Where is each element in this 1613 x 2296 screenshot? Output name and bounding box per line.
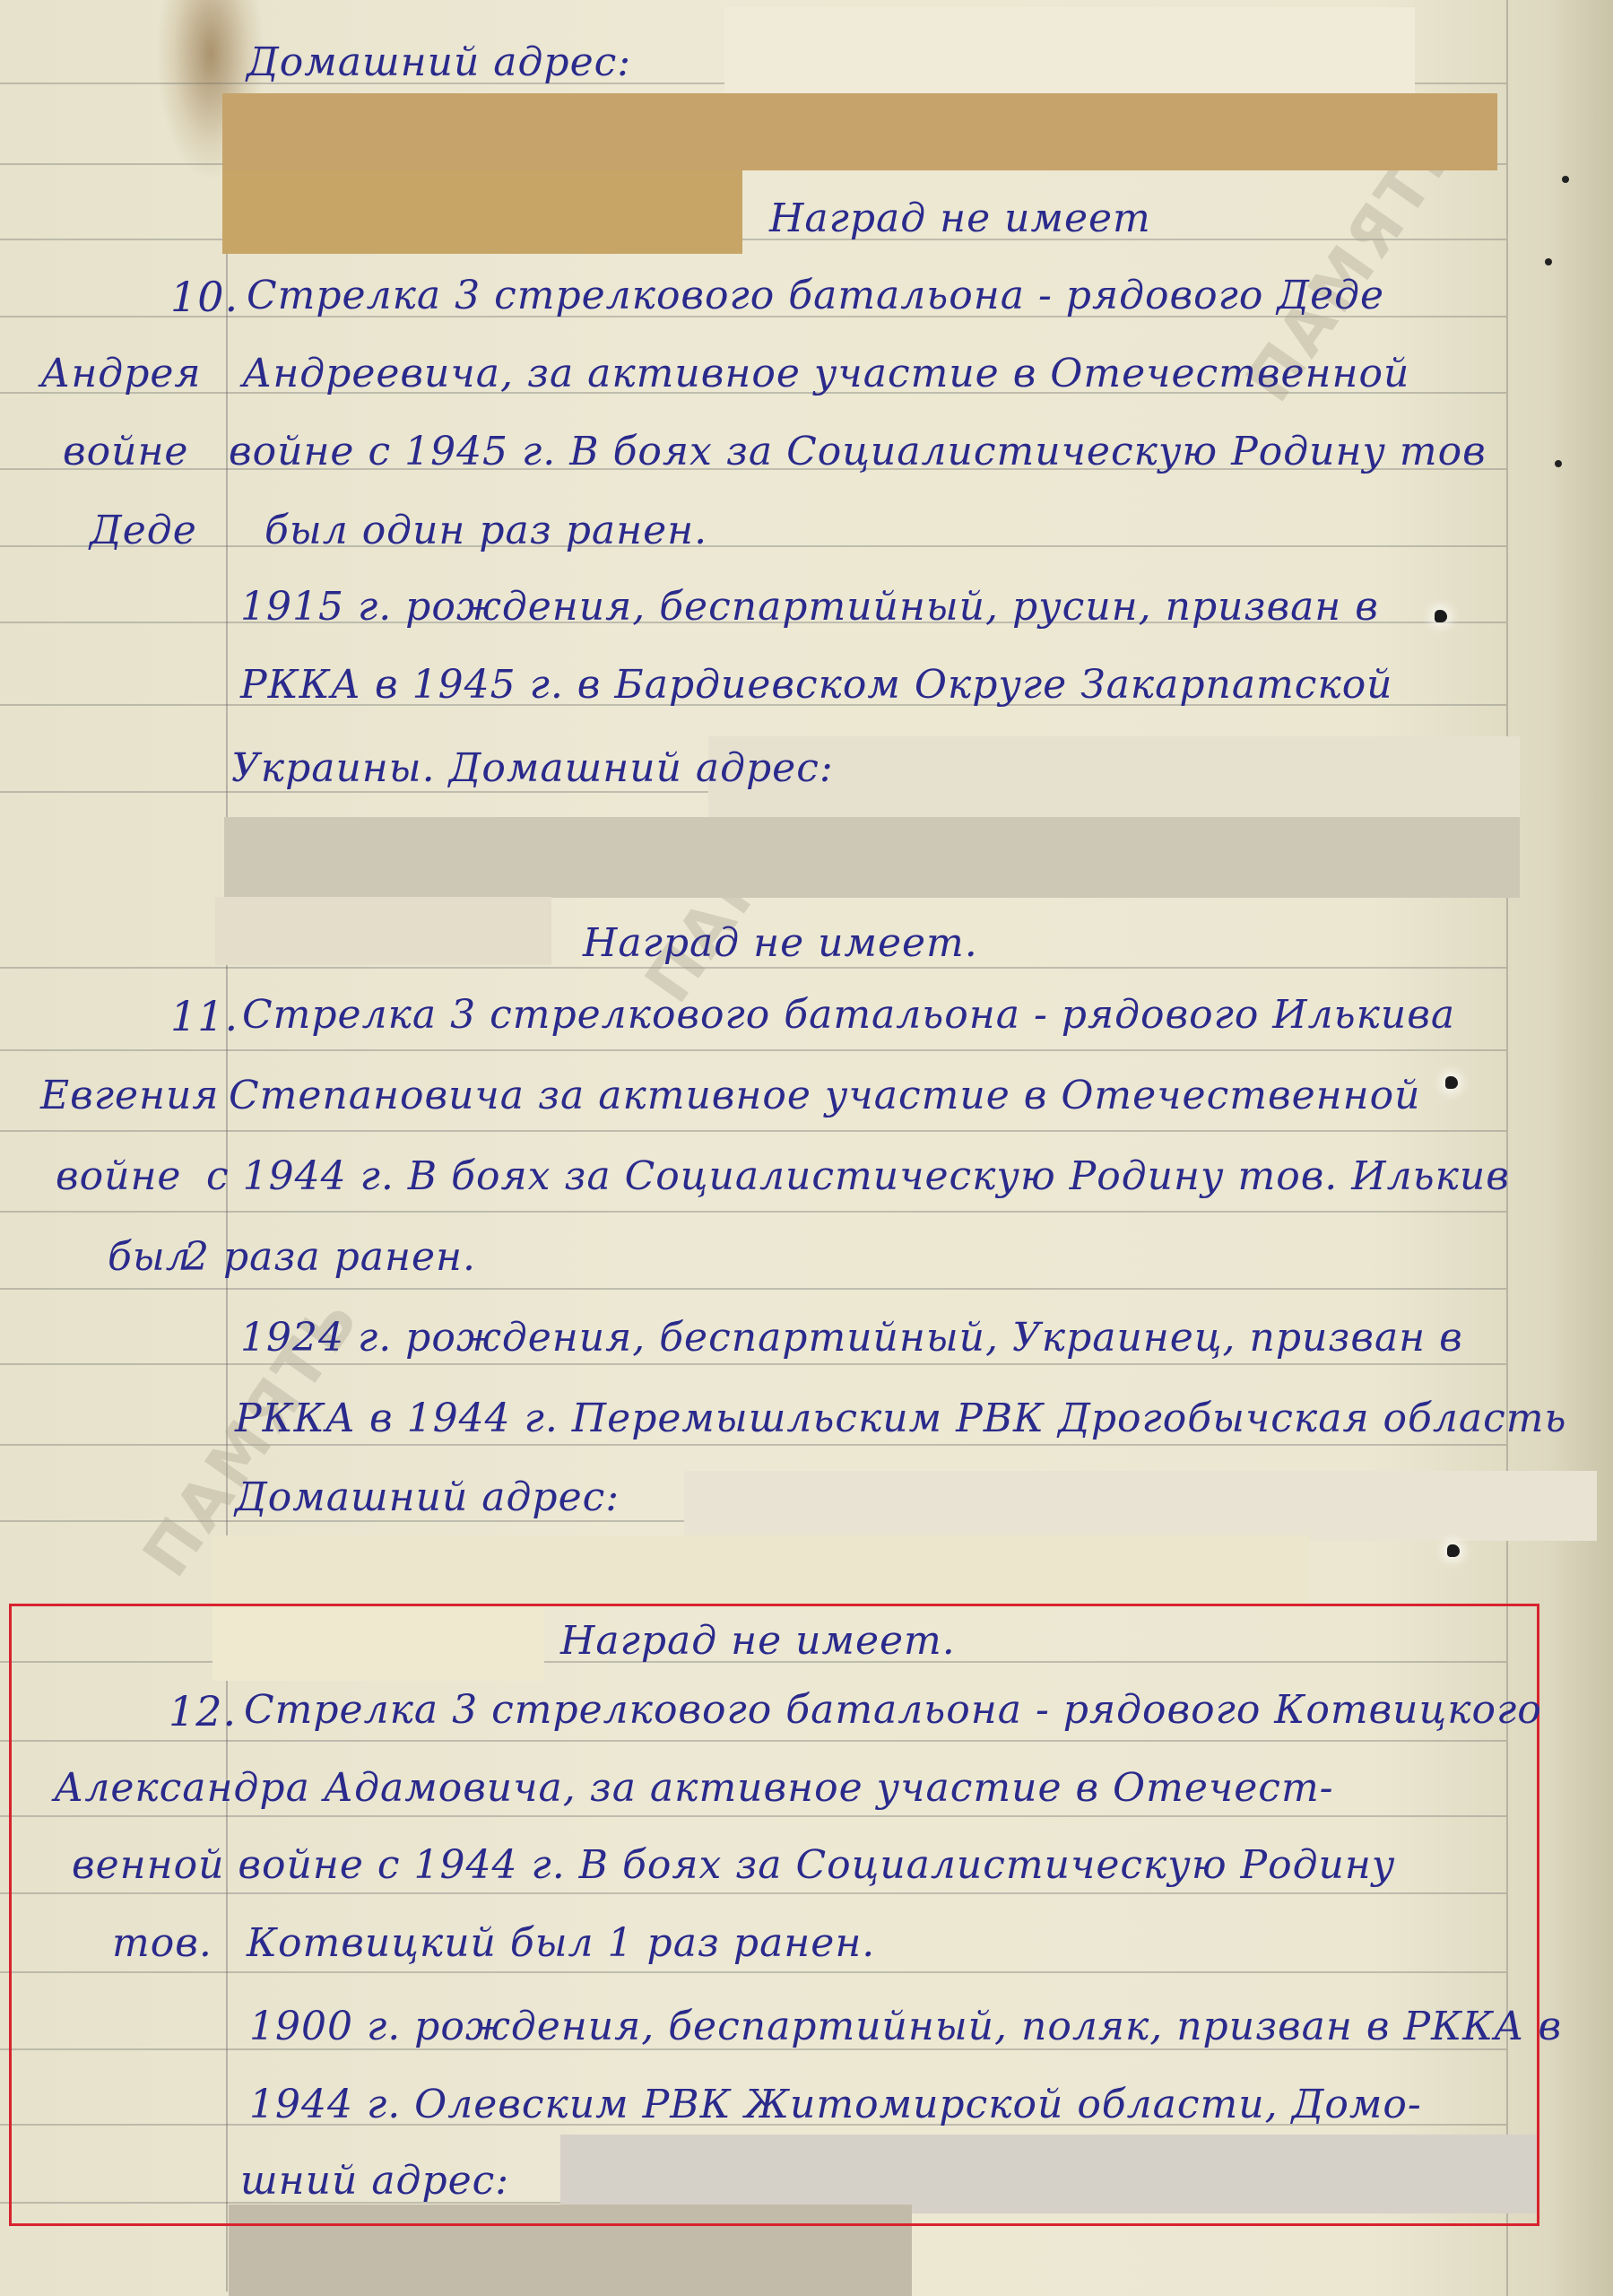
bio-line: РККА в 1945 г. в Бардиевском Округе Зака… <box>240 665 1393 705</box>
bio-line: шний адрес: <box>240 2161 509 2201</box>
entry-line: с 1944 г. В боях за Социалистическую Род… <box>206 1157 1510 1196</box>
bio-line: 1915 г. рождения, беспартийный, русин, п… <box>240 587 1379 627</box>
entry-line: войне с 1945 г. В боях за Социалистическ… <box>229 432 1487 472</box>
entry-line: Степановича за активное участие в Отечес… <box>229 1076 1420 1116</box>
entry-line: Стрелка 3 стрелкового батальона - рядово… <box>247 276 1384 316</box>
entry-line: был один раз ранен. <box>264 511 707 551</box>
award-note: Наград не имеет <box>769 199 1151 239</box>
paper-hole <box>1435 610 1447 622</box>
entry-line: 2 раза ранен. <box>184 1238 476 1277</box>
redaction-block <box>212 1535 1310 1607</box>
redaction-block <box>684 1471 1597 1541</box>
award-note: Наград не имеет. <box>560 1622 956 1661</box>
paper-hole <box>1445 1076 1458 1089</box>
redaction-block <box>215 897 551 965</box>
margin-word: Андрея <box>40 354 202 394</box>
bio-line: Украины. Домашний адрес: <box>231 749 834 788</box>
entry-number: 11. <box>170 996 238 1037</box>
redaction-block <box>724 7 1415 93</box>
bio-line: 1900 г. рождения, беспартийный, поляк, п… <box>249 2007 1562 2047</box>
bio-line: 1944 г. Олевским РВК Житомирской области… <box>249 2085 1422 2125</box>
paper-hole <box>1447 1544 1460 1557</box>
entry-line: Котвицкий был 1 раз ранен. <box>247 1924 875 1963</box>
entry-number: 10. <box>170 276 238 317</box>
margin-word: Евгения <box>40 1076 219 1116</box>
redaction-block <box>224 817 1520 898</box>
entry-line: Андреевича, за активное участие в Отечес… <box>242 354 1409 394</box>
margin-word: тов. <box>112 1924 212 1963</box>
address-label: Домашний адрес: <box>247 43 631 83</box>
bio-line: Домашний адрес: <box>235 1478 620 1518</box>
margin-word: войне <box>56 1157 181 1196</box>
document-page: ПАМЯТЬ ПАМЯТЬ ПАМЯТЬ Домашний адрес: Наг… <box>0 0 1613 2296</box>
entry-number: 12. <box>169 1691 237 1732</box>
bio-line: РККА в 1944 г. Перемышльским РВК Дрогобы… <box>235 1399 1566 1439</box>
margin-word: войне <box>63 432 188 472</box>
entry-line: Александра Адамовича, за активное участи… <box>54 1769 1334 1808</box>
redaction-block <box>222 170 742 254</box>
entry-line: Стрелка 3 стрелкового батальона - рядово… <box>244 1691 1542 1730</box>
punch-dot <box>1555 460 1562 467</box>
punch-dot <box>1562 176 1569 183</box>
margin-word: был <box>108 1238 192 1277</box>
punch-dot <box>1545 258 1552 265</box>
redaction-block <box>222 93 1497 170</box>
entry-line: Стрелка 3 стрелкового батальона - рядово… <box>242 996 1455 1035</box>
award-note: Наград не имеет. <box>583 924 978 963</box>
entry-line: венной войне с 1944 г. В боях за Социали… <box>72 1846 1395 1885</box>
margin-word: Деде <box>90 511 197 551</box>
bio-line: 1924 г. рождения, беспартийный, Украинец… <box>240 1318 1463 1358</box>
